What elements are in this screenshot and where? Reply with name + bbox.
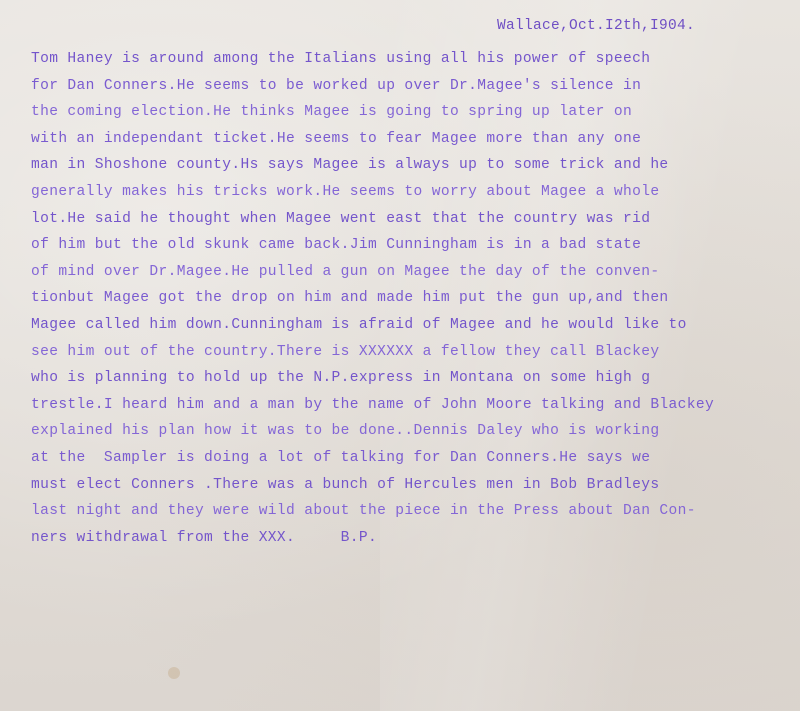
- text-line: see him out of the country.There is XXXX…: [31, 339, 714, 366]
- letter-body: Tom Haney is around among the Italians u…: [31, 46, 714, 551]
- text-line: who is planning to hold up the N.P.expre…: [31, 365, 714, 392]
- text-line: lot.He said he thought when Magee went e…: [31, 206, 714, 233]
- typewritten-letter-page: Wallace,Oct.I2th,I904. Tom Haney is arou…: [0, 0, 800, 711]
- text-line: at the Sampler is doing a lot of talking…: [31, 445, 714, 472]
- text-line: man in Shoshone county.Hs says Magee is …: [31, 152, 714, 179]
- text-line: with an independant ticket.He seems to f…: [31, 126, 714, 153]
- text-line: for Dan Conners.He seems to be worked up…: [31, 73, 714, 100]
- text-line: explained his plan how it was to be done…: [31, 418, 714, 445]
- dateline: Wallace,Oct.I2th,I904.: [497, 18, 695, 34]
- text-line: Tom Haney is around among the Italians u…: [31, 46, 714, 73]
- text-line: generally makes his tricks work.He seems…: [31, 179, 714, 206]
- text-line: trestle.I heard him and a man by the nam…: [31, 392, 714, 419]
- text-line: must elect Conners .There was a bunch of…: [31, 472, 714, 499]
- text-line: of mind over Dr.Magee.He pulled a gun on…: [31, 259, 714, 286]
- text-line: of him but the old skunk came back.Jim C…: [31, 232, 714, 259]
- text-line: last night and they were wild about the …: [31, 498, 714, 525]
- text-line: the coming election.He thinks Magee is g…: [31, 99, 714, 126]
- text-line: tionbut Magee got the drop on him and ma…: [31, 285, 714, 312]
- text-line signature: ners withdrawal from the XXX. B.P.: [31, 525, 714, 552]
- text-line: Magee called him down.Cunningham is afra…: [31, 312, 714, 339]
- paper-stain: [168, 667, 180, 679]
